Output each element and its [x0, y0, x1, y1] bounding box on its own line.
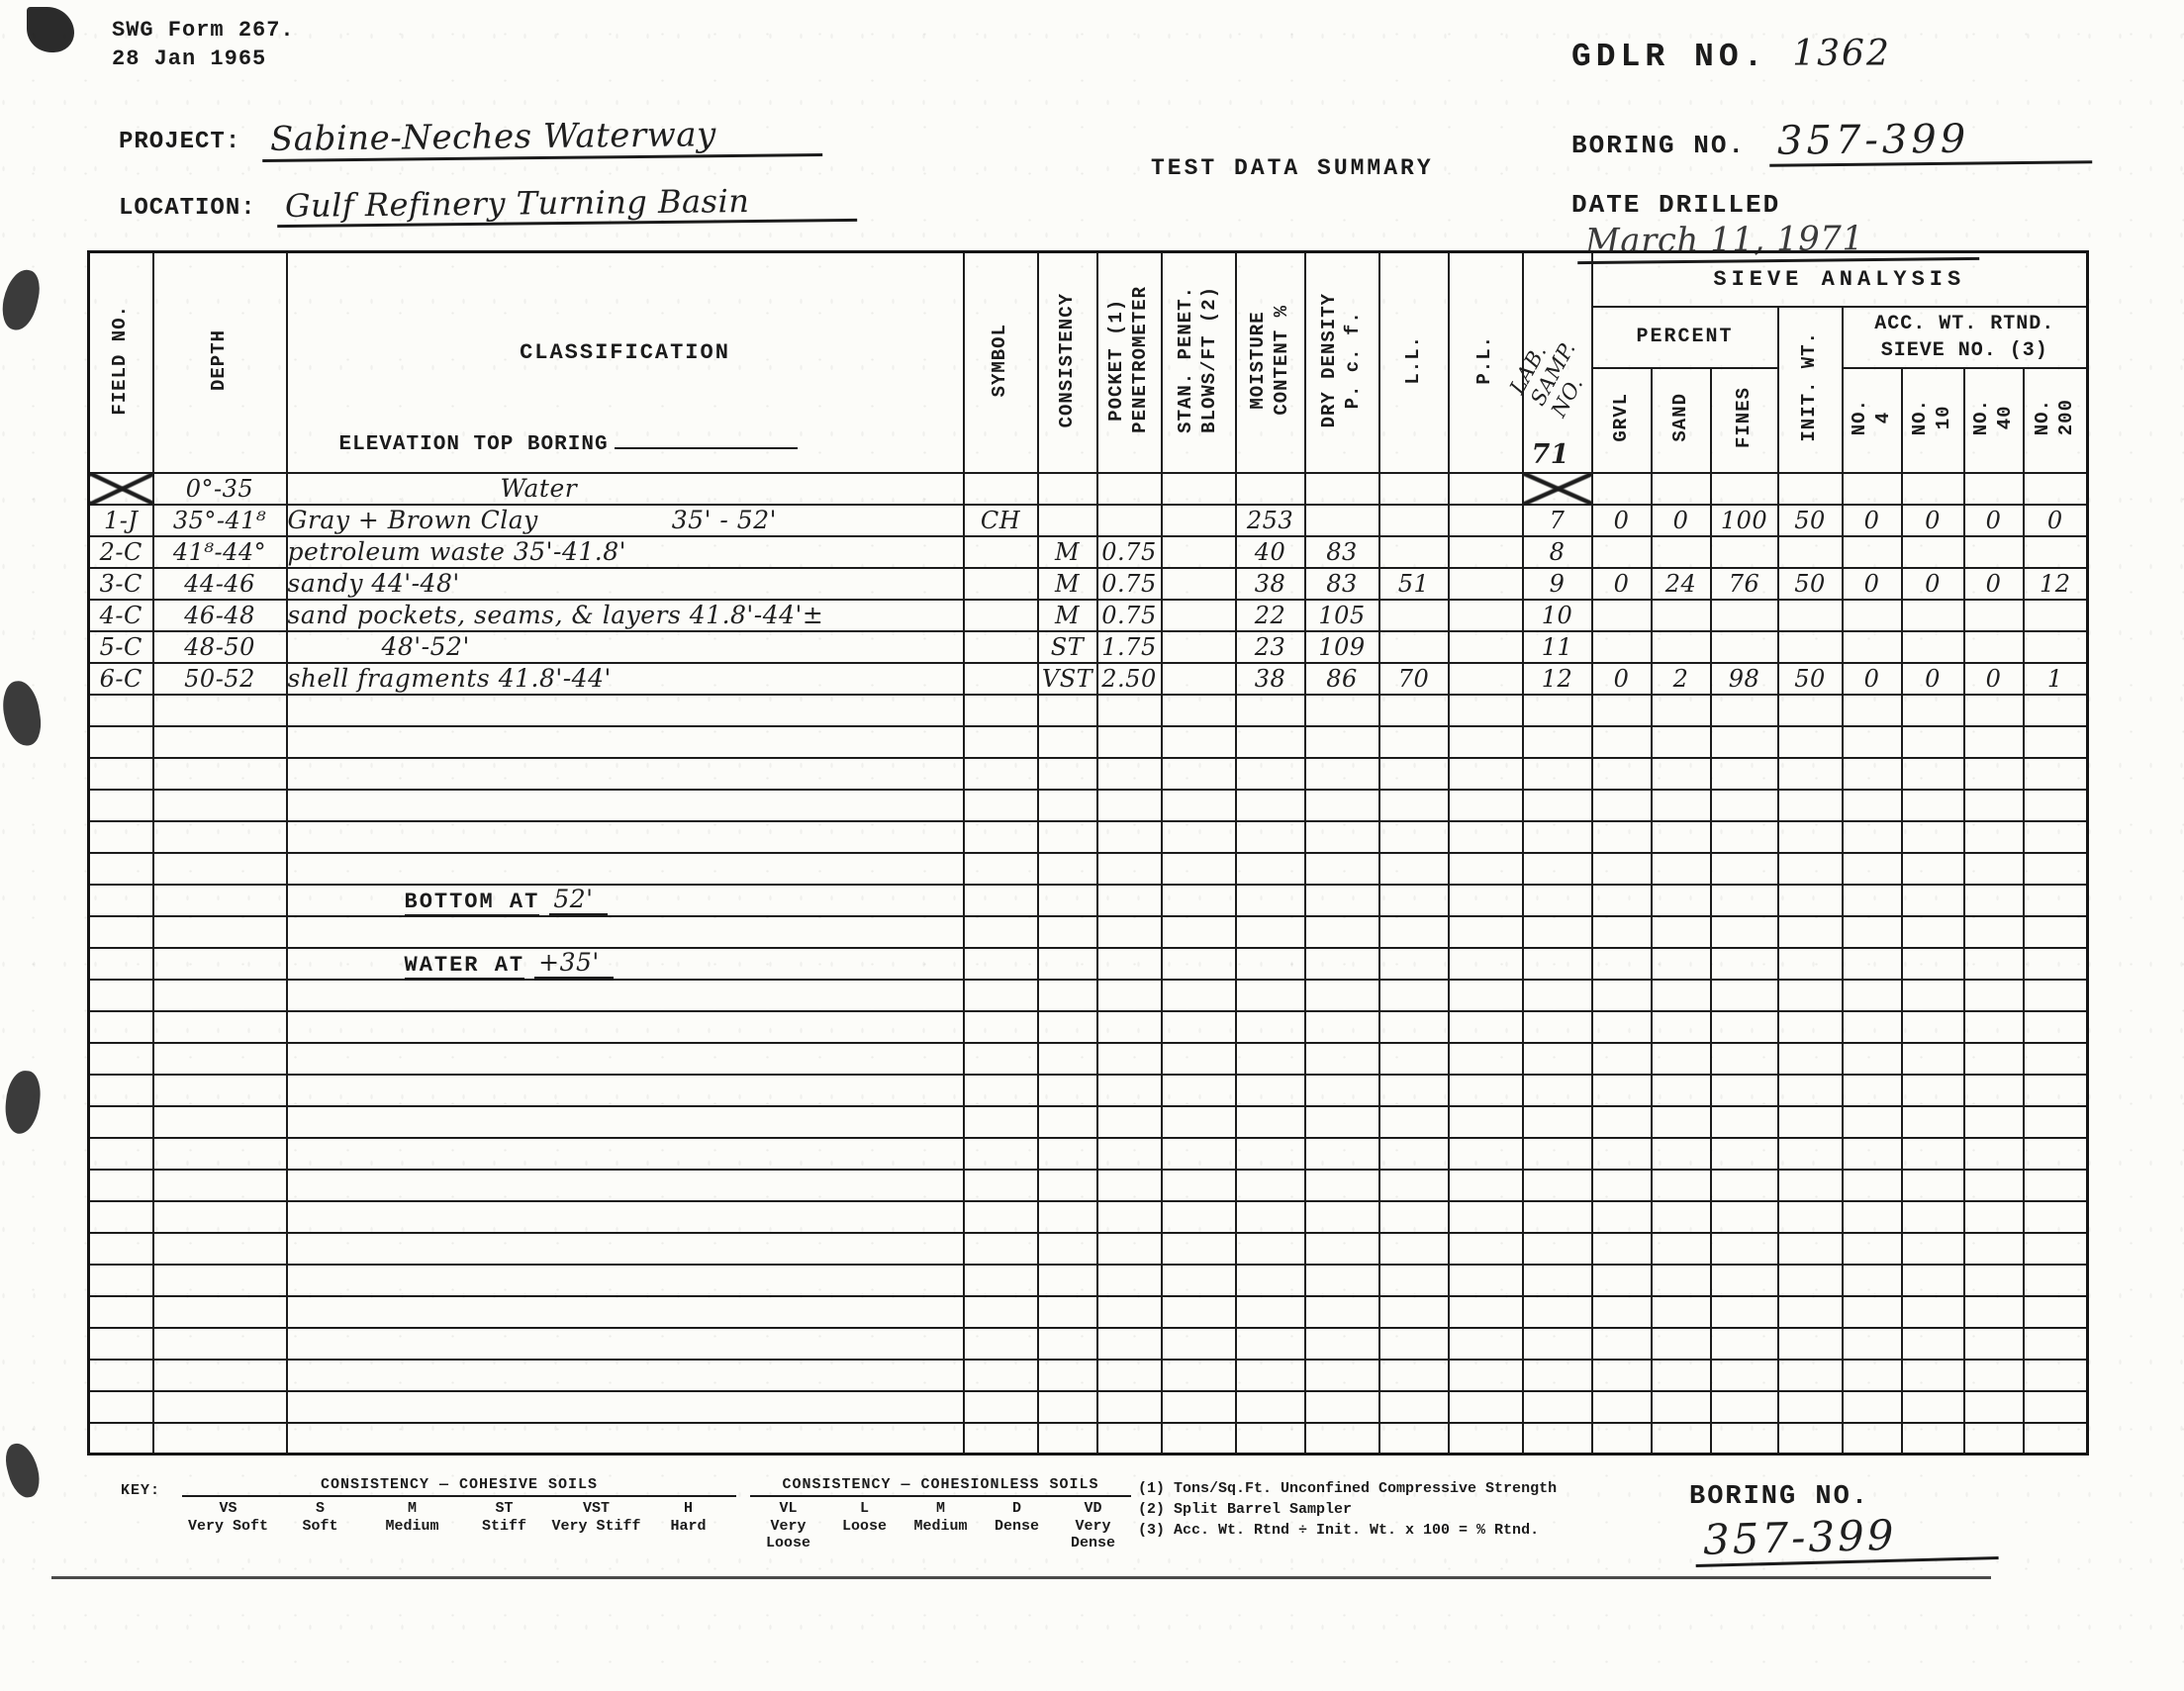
- handwritten-value: 0.75: [1101, 570, 1156, 598]
- cell-symbol: [964, 568, 1038, 600]
- gdlr-label: GDLR NO.: [1571, 39, 1767, 75]
- handwritten-value: 40: [1255, 538, 1286, 566]
- key-name: Medium: [366, 1518, 458, 1535]
- cell-lab_samp: [1523, 1138, 1592, 1170]
- cell-stan_penet: [1162, 1201, 1236, 1233]
- cell-symbol: [964, 1360, 1038, 1391]
- cell-ll: [1379, 1328, 1449, 1360]
- no40-label: NO. 40: [1970, 399, 2018, 435]
- cell-moisture: [1236, 1360, 1305, 1391]
- boring-table-body: 0°-35Water1-J35°-41⁸Gray + Brown Clay35'…: [89, 473, 2088, 1455]
- cell-field_no: [89, 1360, 153, 1391]
- handwritten-value: 0: [1614, 507, 1630, 534]
- handwritten-value: 0: [2047, 507, 2063, 534]
- cell-pocket: [1097, 1423, 1162, 1455]
- table-row: 2-C41⁸-44°petroleum waste 35'-41.8'M0.75…: [89, 536, 2088, 568]
- classification-text: Gray + Brown Clay: [288, 506, 538, 534]
- cell-no10: [1902, 1296, 1964, 1328]
- cell-ll: [1379, 1391, 1449, 1423]
- cell-consistency: VST: [1038, 663, 1097, 695]
- cell-init_wt: [1778, 1265, 1843, 1296]
- percent-header: PERCENT: [1592, 307, 1778, 368]
- cell-dry_density: [1305, 916, 1379, 948]
- punch-hole-smudge: [3, 1070, 42, 1136]
- cell-consistency: [1038, 505, 1097, 536]
- cell-field_no: [89, 1138, 153, 1170]
- cell-stan_penet: [1162, 1265, 1236, 1296]
- cell-no10: 0: [1902, 663, 1964, 695]
- cell-dry_density: 83: [1305, 568, 1379, 600]
- cell-consistency: [1038, 758, 1097, 790]
- cell-no40: [1964, 1043, 2024, 1075]
- table-row: 1-J35°-41⁸Gray + Brown Clay35' - 52'CH25…: [89, 505, 2088, 536]
- sieve-analysis-header: SIEVE ANALYSIS: [1592, 252, 2088, 307]
- cell-sand: 24: [1652, 568, 1711, 600]
- key-name: Stiff: [458, 1518, 550, 1535]
- cell-consistency: [1038, 473, 1097, 505]
- cell-pl: [1449, 568, 1523, 600]
- handwritten-value: 41⁸-44°: [173, 538, 266, 566]
- cell-pl: [1449, 1106, 1523, 1138]
- page-title: TEST DATA SUMMARY: [1151, 155, 1434, 181]
- cell-no200: 1: [2024, 663, 2088, 695]
- cell-no200: [2024, 1328, 2088, 1360]
- cell-pocket: [1097, 1391, 1162, 1423]
- cell-dry_density: [1305, 1043, 1379, 1075]
- handwritten-value: 2: [1673, 665, 1689, 693]
- cell-symbol: [964, 1391, 1038, 1423]
- col-header-dry-density: DRY DENSITY P. c. f.: [1305, 252, 1379, 473]
- cell-classification: [287, 1106, 964, 1138]
- cell-no4: [1843, 536, 1902, 568]
- cell-symbol: [964, 536, 1038, 568]
- key-note-1: (1) Tons/Sq.Ft. Unconfined Compressive S…: [1138, 1478, 1557, 1499]
- cell-sand: [1652, 1233, 1711, 1265]
- cell-pl: [1449, 1043, 1523, 1075]
- cell-stan_penet: [1162, 568, 1236, 600]
- cell-fines: [1711, 1011, 1778, 1043]
- cell-moisture: [1236, 790, 1305, 821]
- cell-init_wt: [1778, 916, 1843, 948]
- cell-fines: 98: [1711, 663, 1778, 695]
- cell-field_no: [89, 726, 153, 758]
- handwritten-value: 0: [1864, 507, 1880, 534]
- cell-field_no: [89, 1391, 153, 1423]
- cell-no40: [1964, 1391, 2024, 1423]
- cell-ll: [1379, 695, 1449, 726]
- cell-grvl: 0: [1592, 505, 1652, 536]
- cell-lab_samp: [1523, 1360, 1592, 1391]
- handwritten-value: 8: [1550, 538, 1566, 566]
- cell-no40: [1964, 631, 2024, 663]
- cell-pl: [1449, 885, 1523, 916]
- table-row: [89, 1328, 2088, 1360]
- cell-field_no: [89, 790, 153, 821]
- cell-no10: [1902, 631, 1964, 663]
- cell-sand: [1652, 1391, 1711, 1423]
- cell-dry_density: [1305, 505, 1379, 536]
- cell-init_wt: [1778, 726, 1843, 758]
- cell-sand: [1652, 1011, 1711, 1043]
- cell-dry_density: [1305, 1170, 1379, 1201]
- date-drilled-label: DATE DRILLED: [1571, 190, 1780, 220]
- cell-field_no: [89, 1043, 153, 1075]
- cell-lab_samp: [1523, 916, 1592, 948]
- cell-symbol: [964, 1423, 1038, 1455]
- cell-no4: [1843, 631, 1902, 663]
- cell-classification: [287, 916, 964, 948]
- handwritten-value: 6-C: [100, 665, 142, 693]
- col-header-symbol: SYMBOL: [964, 252, 1038, 473]
- cell-init_wt: [1778, 473, 1843, 505]
- cell-moisture: [1236, 1106, 1305, 1138]
- cell-field_no: [89, 758, 153, 790]
- pl-label: P.L.: [1473, 335, 1497, 385]
- cell-ll: [1379, 758, 1449, 790]
- handwritten-value: 51: [1398, 570, 1430, 598]
- cell-sand: [1652, 885, 1711, 916]
- col-header-init-wt: INIT. WT.: [1778, 307, 1843, 473]
- cell-grvl: [1592, 1296, 1652, 1328]
- cell-classification: sandy 44'-48': [287, 568, 964, 600]
- cell-sand: [1652, 1360, 1711, 1391]
- cell-depth: [153, 1138, 287, 1170]
- cell-dry_density: 86: [1305, 663, 1379, 695]
- cell-no4: [1843, 1170, 1902, 1201]
- cell-moisture: [1236, 473, 1305, 505]
- cell-depth: 44-46: [153, 568, 287, 600]
- cell-symbol: [964, 473, 1038, 505]
- cell-no4: [1843, 1106, 1902, 1138]
- cell-init_wt: [1778, 1075, 1843, 1106]
- cell-lab_samp: [1523, 790, 1592, 821]
- cell-pl: [1449, 726, 1523, 758]
- cell-init_wt: [1778, 695, 1843, 726]
- cell-pocket: [1097, 1328, 1162, 1360]
- cell-fines: [1711, 1043, 1778, 1075]
- cell-grvl: [1592, 600, 1652, 631]
- cell-symbol: [964, 1201, 1038, 1233]
- cell-no40: 0: [1964, 568, 2024, 600]
- cell-depth: [153, 1296, 287, 1328]
- project-label: PROJECT:: [119, 129, 240, 155]
- cell-fines: [1711, 726, 1778, 758]
- cell-ll: [1379, 1138, 1449, 1170]
- cell-no40: [1964, 473, 2024, 505]
- cell-no200: [2024, 980, 2088, 1011]
- cell-pl: [1449, 600, 1523, 631]
- cell-field_no: [89, 1170, 153, 1201]
- cell-init_wt: [1778, 1328, 1843, 1360]
- cell-pocket: [1097, 885, 1162, 916]
- cell-dry_density: [1305, 1233, 1379, 1265]
- cell-consistency: [1038, 1075, 1097, 1106]
- cell-moisture: [1236, 1233, 1305, 1265]
- cell-fines: [1711, 1201, 1778, 1233]
- cell-fines: [1711, 1296, 1778, 1328]
- cell-no40: [1964, 600, 2024, 631]
- cell-no10: [1902, 536, 1964, 568]
- table-row: [89, 1201, 2088, 1233]
- cell-field_no: 5-C: [89, 631, 153, 663]
- cell-no200: [2024, 821, 2088, 853]
- cell-no4: 0: [1843, 505, 1902, 536]
- cell-no200: [2024, 1075, 2088, 1106]
- cell-pl: [1449, 1011, 1523, 1043]
- cell-init_wt: [1778, 1423, 1843, 1455]
- cell-field_no: 4-C: [89, 600, 153, 631]
- cell-classification: Water: [287, 473, 964, 505]
- cell-stan_penet: [1162, 726, 1236, 758]
- handwritten-value: 0: [1986, 665, 2002, 693]
- grvl-label: GRVL: [1610, 393, 1634, 442]
- cell-no40: [1964, 1423, 2024, 1455]
- cell-pl: [1449, 695, 1523, 726]
- cell-dry_density: [1305, 790, 1379, 821]
- cell-classification: [287, 1328, 964, 1360]
- cell-depth: [153, 1011, 287, 1043]
- cell-stan_penet: [1162, 758, 1236, 790]
- cell-grvl: [1592, 885, 1652, 916]
- cell-no200: [2024, 1296, 2088, 1328]
- handwritten-value: 35°-41⁸: [173, 507, 266, 534]
- cell-moisture: [1236, 1423, 1305, 1455]
- key-cohesive-abbrs: VS S M ST VST H: [182, 1497, 736, 1517]
- location-row: LOCATION: Gulf Refinery Turning Basin: [119, 184, 857, 225]
- cell-ll: [1379, 1011, 1449, 1043]
- cell-no10: [1902, 473, 1964, 505]
- cell-classification: [287, 1423, 964, 1455]
- cell-stan_penet: [1162, 853, 1236, 885]
- cell-moisture: [1236, 695, 1305, 726]
- cell-consistency: [1038, 1201, 1097, 1233]
- sand-label: SAND: [1669, 393, 1693, 442]
- cell-grvl: [1592, 1043, 1652, 1075]
- cell-field_no: [89, 1423, 153, 1455]
- handwritten-value: 0: [1925, 665, 1941, 693]
- cell-grvl: [1592, 631, 1652, 663]
- handwritten-value: 83: [1326, 538, 1358, 566]
- classification-text: petroleum waste 35'-41.8': [288, 537, 626, 566]
- cell-moisture: [1236, 758, 1305, 790]
- cell-init_wt: [1778, 600, 1843, 631]
- cell-lab_samp: [1523, 1106, 1592, 1138]
- cell-consistency: M: [1038, 536, 1097, 568]
- cell-no200: [2024, 726, 2088, 758]
- cell-dry_density: [1305, 758, 1379, 790]
- cell-no200: [2024, 631, 2088, 663]
- cell-moisture: [1236, 885, 1305, 916]
- cell-consistency: [1038, 1011, 1097, 1043]
- table-row: [89, 758, 2088, 790]
- cell-dry_density: [1305, 1138, 1379, 1170]
- cell-sand: [1652, 473, 1711, 505]
- cell-depth: [153, 1233, 287, 1265]
- cell-fines: 76: [1711, 568, 1778, 600]
- cell-depth: [153, 1265, 287, 1296]
- cell-init_wt: [1778, 1233, 1843, 1265]
- cell-consistency: [1038, 853, 1097, 885]
- cell-no4: [1843, 1075, 1902, 1106]
- cell-field_no: [89, 1106, 153, 1138]
- project-row: PROJECT: Sabine-Neches Waterway: [119, 117, 822, 159]
- table-row: [89, 1233, 2088, 1265]
- col-header-no40: NO. 40: [1964, 368, 2024, 473]
- cell-consistency: M: [1038, 568, 1097, 600]
- form-id: SWG Form 267.: [112, 16, 295, 45]
- cell-no200: [2024, 1233, 2088, 1265]
- cell-field_no: [89, 853, 153, 885]
- cell-pl: [1449, 1170, 1523, 1201]
- cell-ll: [1379, 980, 1449, 1011]
- water-at-label: WATER AT: [405, 953, 525, 980]
- cell-field_no: [89, 1296, 153, 1328]
- key-abbr: S: [274, 1500, 366, 1517]
- form-id-block: SWG Form 267. 28 Jan 1965: [112, 16, 295, 73]
- cell-lab_samp: 12: [1523, 663, 1592, 695]
- cell-lab_samp: [1523, 1296, 1592, 1328]
- table-row: WATER AT+35': [89, 948, 2088, 980]
- col-header-pl: P.L.: [1449, 252, 1523, 473]
- cell-lab_samp: [1523, 1265, 1592, 1296]
- cell-pl: [1449, 1233, 1523, 1265]
- col-header-grvl: GRVL: [1592, 368, 1652, 473]
- cell-stan_penet: [1162, 948, 1236, 980]
- cell-lab_samp: 7: [1523, 505, 1592, 536]
- key-cohesive-names: Very Soft Soft Medium Stiff Very Stiff H…: [182, 1517, 736, 1535]
- cell-field_no: 2-C: [89, 536, 153, 568]
- cell-symbol: [964, 790, 1038, 821]
- cell-symbol: [964, 1043, 1038, 1075]
- cell-fines: [1711, 600, 1778, 631]
- table-row: 3-C44-46sandy 44'-48'M0.7538835190247650…: [89, 568, 2088, 600]
- cell-pocket: [1097, 980, 1162, 1011]
- cell-stan_penet: [1162, 1138, 1236, 1170]
- cell-classification: [287, 821, 964, 853]
- cell-no200: [2024, 1391, 2088, 1423]
- cell-ll: [1379, 948, 1449, 980]
- cell-no200: [2024, 853, 2088, 885]
- cell-stan_penet: [1162, 980, 1236, 1011]
- cell-fines: [1711, 1265, 1778, 1296]
- cell-no200: 12: [2024, 568, 2088, 600]
- cell-stan_penet: [1162, 1360, 1236, 1391]
- cell-sand: [1652, 1043, 1711, 1075]
- key-name: Very Dense: [1055, 1518, 1131, 1551]
- cell-symbol: [964, 980, 1038, 1011]
- cell-classification: [287, 1170, 964, 1201]
- key-cohesionless-group: CONSISTENCY — COHESIONLESS SOILS VL L M …: [750, 1476, 1131, 1551]
- cell-no4: [1843, 885, 1902, 916]
- cell-no40: [1964, 821, 2024, 853]
- handwritten-value: 0: [1986, 570, 2002, 598]
- cell-no40: [1964, 980, 2024, 1011]
- cell-pocket: [1097, 1075, 1162, 1106]
- classification-text: sandy 44'-48': [288, 569, 460, 598]
- cell-ll: [1379, 473, 1449, 505]
- cell-dry_density: [1305, 1360, 1379, 1391]
- cell-symbol: [964, 821, 1038, 853]
- cell-no4: [1843, 948, 1902, 980]
- consistency-label: CONSISTENCY: [1056, 293, 1080, 427]
- cell-dry_density: [1305, 853, 1379, 885]
- cell-pocket: [1097, 1106, 1162, 1138]
- cell-classification: [287, 790, 964, 821]
- scanned-form-page: SWG Form 267. 28 Jan 1965 PROJECT: Sabin…: [0, 0, 2184, 1691]
- cell-dry_density: [1305, 1423, 1379, 1455]
- handwritten-value: ST: [1051, 633, 1084, 661]
- cell-sand: [1652, 821, 1711, 853]
- cell-moisture: [1236, 948, 1305, 980]
- cell-no10: [1902, 821, 1964, 853]
- cell-stan_penet: [1162, 1011, 1236, 1043]
- cell-sand: [1652, 916, 1711, 948]
- cell-sand: [1652, 631, 1711, 663]
- cell-grvl: [1592, 980, 1652, 1011]
- cell-symbol: [964, 1170, 1038, 1201]
- cell-no40: 0: [1964, 663, 2024, 695]
- cell-sand: [1652, 1075, 1711, 1106]
- cell-fines: [1711, 1328, 1778, 1360]
- col-header-stan-penet: STAN. PENET. BLOWS/FT (2): [1162, 252, 1236, 473]
- cell-init_wt: [1778, 1170, 1843, 1201]
- cell-no200: [2024, 1265, 2088, 1296]
- cell-fines: [1711, 758, 1778, 790]
- cell-field_no: [89, 1233, 153, 1265]
- cell-consistency: [1038, 1170, 1097, 1201]
- cell-grvl: [1592, 1265, 1652, 1296]
- key-name: Soft: [274, 1518, 366, 1535]
- cell-dry_density: 83: [1305, 536, 1379, 568]
- cell-fines: [1711, 916, 1778, 948]
- cell-pocket: 1.75: [1097, 631, 1162, 663]
- cell-classification: [287, 1075, 964, 1106]
- cell-no200: [2024, 758, 2088, 790]
- cell-stan_penet: [1162, 1106, 1236, 1138]
- cell-no10: [1902, 1265, 1964, 1296]
- cell-no200: [2024, 1423, 2088, 1455]
- handwritten-value: 50: [1794, 665, 1826, 693]
- cell-lab_samp: [1523, 1328, 1592, 1360]
- cell-moisture: [1236, 853, 1305, 885]
- col-header-lab-samp-no: LAB. SAMP. NO. 71: [1523, 252, 1592, 473]
- cell-no200: [2024, 885, 2088, 916]
- handwritten-value: 7: [1550, 507, 1566, 534]
- cell-fines: [1711, 1138, 1778, 1170]
- key-abbr: H: [642, 1500, 734, 1517]
- cell-ll: 51: [1379, 568, 1449, 600]
- boring-no-value: 357-399: [1768, 115, 2091, 166]
- cell-grvl: [1592, 790, 1652, 821]
- classification-text: shell fragments 41.8'-44': [288, 664, 612, 693]
- depth-label: DEPTH: [208, 329, 232, 391]
- cell-no200: [2024, 948, 2088, 980]
- cell-no4: [1843, 695, 1902, 726]
- cell-init_wt: [1778, 1011, 1843, 1043]
- cell-field_no: [89, 1011, 153, 1043]
- cell-moisture: [1236, 1138, 1305, 1170]
- cell-init_wt: [1778, 1391, 1843, 1423]
- moisture-label: MOISTURE CONTENT %: [1247, 305, 1294, 416]
- elevation-top-boring: ELEVATION TOP BORING: [339, 433, 798, 456]
- key-abbr: VST: [550, 1500, 642, 1517]
- cell-init_wt: [1778, 1296, 1843, 1328]
- handwritten-value: 0: [1925, 507, 1941, 534]
- cell-fines: [1711, 948, 1778, 980]
- cell-no10: [1902, 853, 1964, 885]
- cell-no10: [1902, 758, 1964, 790]
- handwritten-value: 76: [1729, 570, 1760, 598]
